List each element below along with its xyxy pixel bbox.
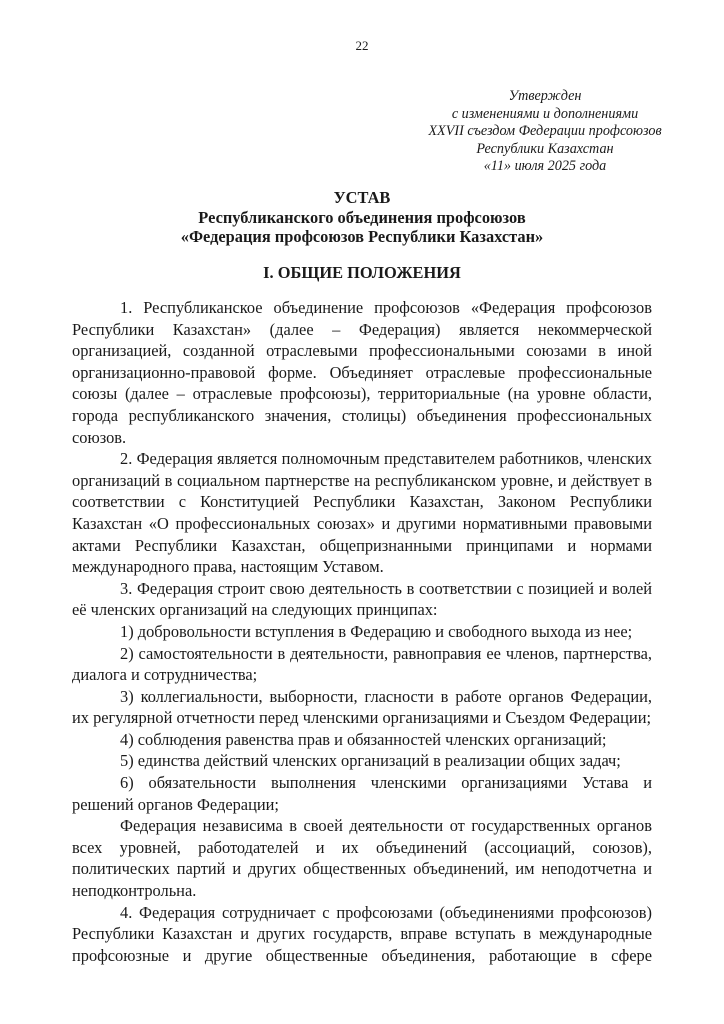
list-item: 2) самостоятельности в деятельности, рав… xyxy=(72,643,652,686)
title-line: УСТАВ xyxy=(72,188,652,208)
section-heading: I. ОБЩИЕ ПОЛОЖЕНИЯ xyxy=(72,263,652,283)
paragraph: 2. Федерация является полномочным предст… xyxy=(72,448,652,578)
list-item: 1) добровольности вступления в Федерацию… xyxy=(72,621,652,643)
approval-line: с изменениями и дополнениями xyxy=(405,106,685,124)
approval-line: «11» июля 2025 года xyxy=(405,158,685,176)
list-item: 6) обязательности выполнения членскими о… xyxy=(72,772,652,815)
list-item: 3) коллегиальности, выборности, гласност… xyxy=(72,686,652,729)
paragraph: Федерация независима в своей деятельност… xyxy=(72,815,652,901)
title-line: «Федерация профсоюзов Республики Казахст… xyxy=(72,227,652,247)
page-number: 22 xyxy=(0,38,724,54)
title-line: Республиканского объединения профсоюзов xyxy=(72,208,652,228)
list-item: 4) соблюдения равенства прав и обязаннос… xyxy=(72,729,652,751)
list-item: 5) единства действий членских организаци… xyxy=(72,750,652,772)
approval-line: Утвержден xyxy=(405,88,685,106)
paragraph: 1. Республиканское объединение профсоюзо… xyxy=(72,297,652,448)
document-title: УСТАВ Республиканского объединения профс… xyxy=(72,188,652,247)
paragraph: 3. Федерация строит свою деятельность в … xyxy=(72,578,652,621)
approval-line: XXVII съездом Федерации профсоюзов xyxy=(405,123,685,141)
document-body: 1. Республиканское объединение профсоюзо… xyxy=(72,297,652,966)
approval-stamp: Утвержден с изменениями и дополнениями X… xyxy=(405,88,685,176)
paragraph: 4. Федерация сотрудничает с профсоюзами … xyxy=(72,902,652,967)
approval-line: Республики Казахстан xyxy=(405,141,685,159)
